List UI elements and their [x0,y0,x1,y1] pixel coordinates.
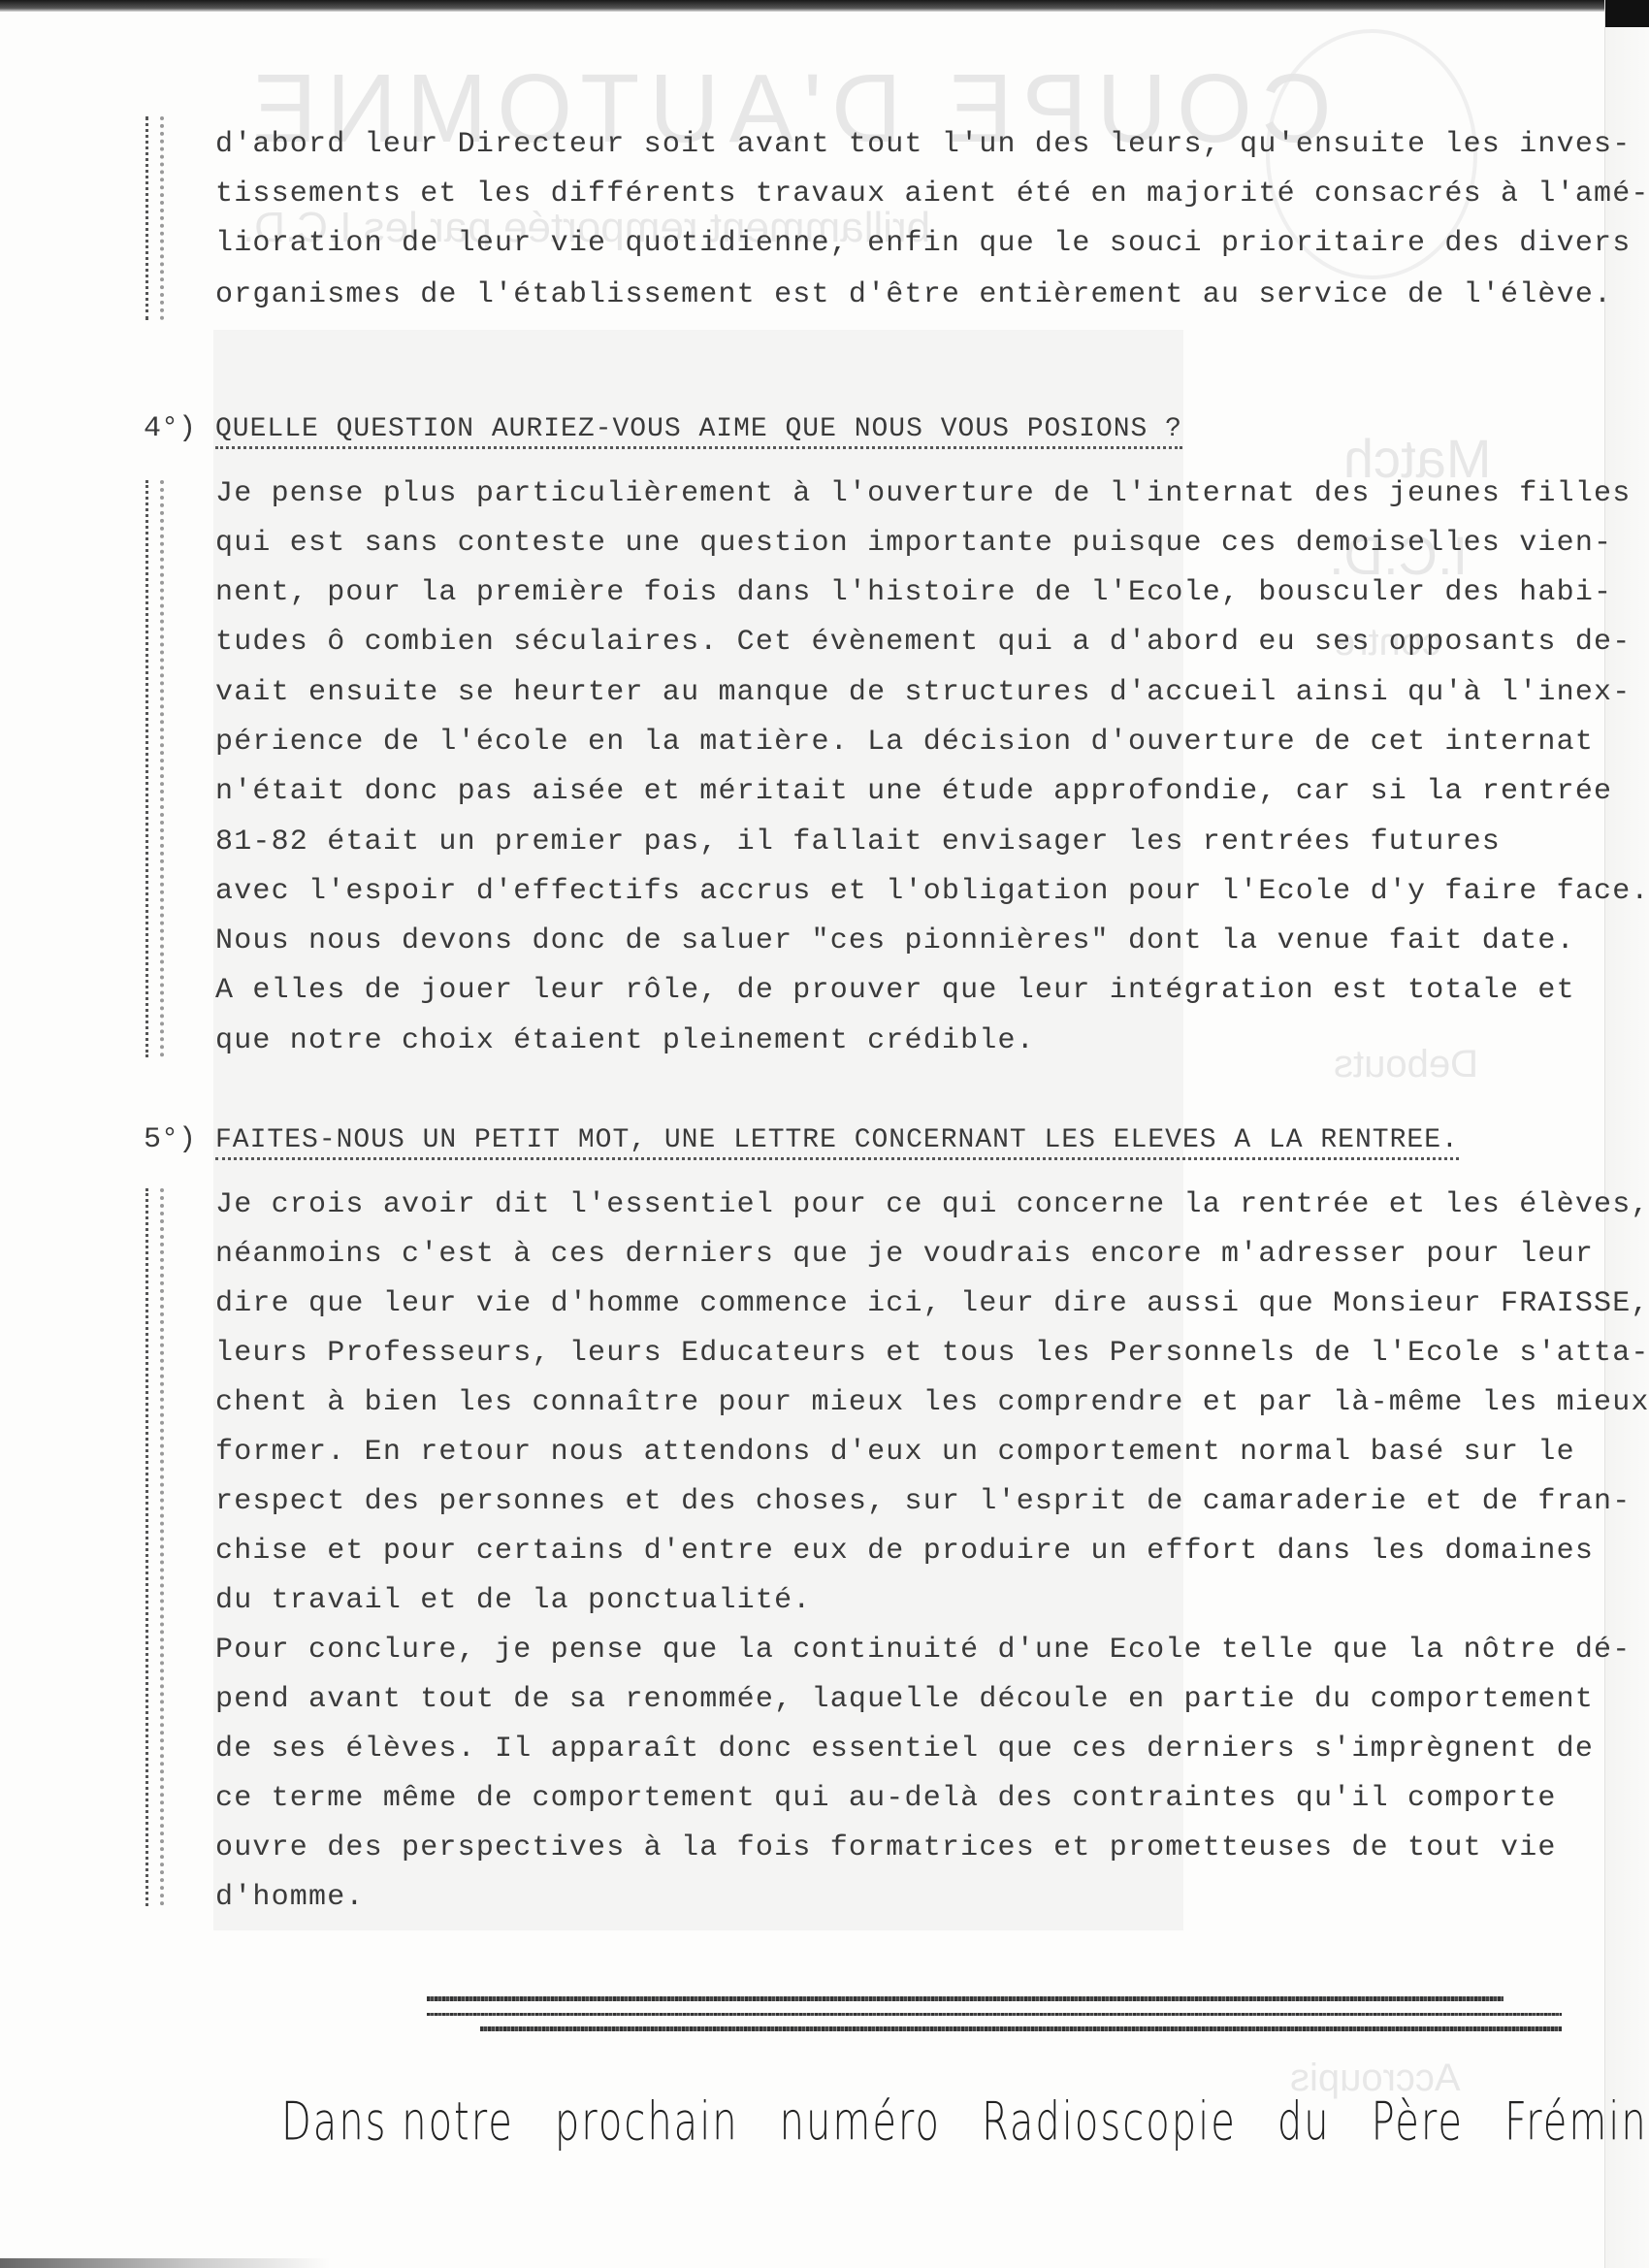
handwritten-word: numéro [780,2092,941,2153]
text-line: tudes ô combien séculaires. Cet évènemen… [215,626,1631,659]
text-line: 81-82 était un premier pas, il fallait e… [215,826,1501,859]
text-line: néanmoins c'est à ces derniers que je vo… [215,1238,1594,1271]
text-line: chent à bien les connaître pour mieux le… [215,1386,1649,1419]
text-line: périence de l'école en la matière. La dé… [215,726,1594,759]
text-line: avec l'espoir d'effectifs accrus et l'ob… [215,875,1649,908]
text-line: chise et pour certains d'entre eux de pr… [215,1535,1594,1568]
text-line: pend avant tout de sa renommée, laquelle… [215,1683,1594,1716]
show-through-label-debouts: Debouts [1334,1043,1478,1086]
margin-bracket [145,116,164,320]
text-line: d'homme. [215,1881,365,1914]
text-line: dire que leur vie d'homme commence ici, … [215,1287,1649,1320]
text-line: Je crois avoir dit l'essentiel pour ce q… [215,1188,1649,1221]
text-line: ce terme même de comportement qui au-del… [215,1782,1557,1815]
text-line: leurs Professeurs, leurs Educateurs et t… [215,1337,1649,1370]
text-line: du travail et de la ponctualité. [215,1584,812,1617]
handwritten-note: Dans notreprochainnuméroRadioscopieduPèr… [281,2092,1649,2153]
separator-rule [480,2026,1562,2031]
handwritten-word: prochain [555,2092,739,2153]
text-line: n'était donc pas aisée et méritait une é… [215,775,1612,808]
handwritten-word: Radioscopie [982,2092,1237,2153]
question-4-title: QUELLE QUESTION AURIEZ-VOUS AIME QUE NOU… [215,414,1182,449]
separator-rule [427,2013,1562,2016]
margin-bracket [145,1188,164,1906]
page-top-corner [1605,0,1649,27]
separator-rule [427,1996,1503,2001]
handwritten-word: Frémin .. [1504,2092,1649,2153]
handwritten-word: du [1277,2092,1331,2153]
text-line: qui est sans conteste une question impor… [215,527,1612,560]
text-line: Je pense plus particulièrement à l'ouver… [215,477,1631,510]
text-line: vait ensuite se heurter au manque de str… [215,676,1631,709]
text-line: lioration de leur vie quotidienne, enfin… [215,227,1631,260]
handwritten-word: Père [1372,2092,1464,2153]
margin-bracket [145,480,164,1057]
page-bottom-edge [0,2258,330,2268]
text-line: de ses élèves. Il apparaît donc essentie… [215,1733,1594,1766]
handwritten-word: Dans notre [281,2092,514,2153]
question-5-title: FAITES-NOUS UN PETIT MOT, UNE LETTRE CON… [215,1125,1459,1160]
text-line: respect des personnes et des choses, sur… [215,1485,1631,1518]
text-line: tissements et les différents travaux aie… [215,178,1649,211]
text-line: ouvre des perspectives à la fois formatr… [215,1831,1557,1864]
text-line: former. En retour nous attendons d'eux u… [215,1436,1575,1469]
question-4-number: 4°) [144,412,196,445]
page-top-edge [0,0,1649,12]
text-line: Pour conclure, je pense que la continuit… [215,1634,1631,1667]
text-line: Nous nous devons donc de saluer "ces pio… [215,924,1575,957]
text-line: organismes de l'établissement est d'être… [215,278,1612,311]
page-right-margin [1604,0,1649,2268]
question-5-number: 5°) [144,1123,196,1156]
text-line: A elles de jouer leur rôle, de prouver q… [215,974,1575,1007]
text-line: d'abord leur Directeur soit avant tout l… [215,128,1631,161]
text-line: nent, pour la première fois dans l'histo… [215,576,1612,609]
text-line: que notre choix étaient pleinement crédi… [215,1024,1035,1057]
